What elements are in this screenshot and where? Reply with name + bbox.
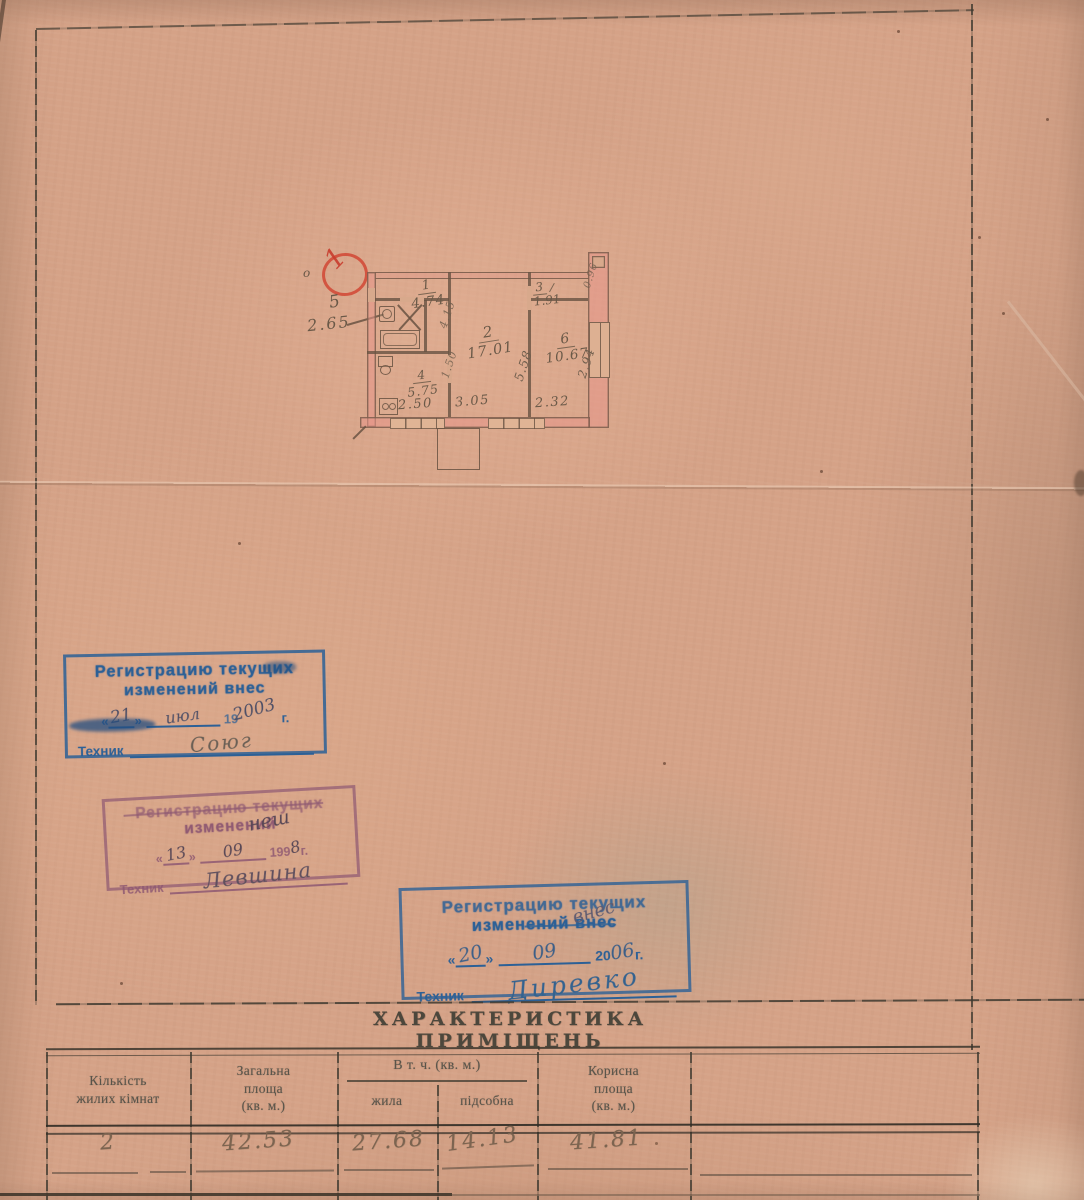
right-edge-blotch [1074, 470, 1084, 496]
row-underline [442, 1164, 534, 1169]
group-underline [347, 1080, 527, 1082]
ceiling-height-label: 2.65 [306, 312, 351, 335]
dim-wall-lower: 1.50 [439, 349, 460, 380]
header-living: жила [337, 1092, 437, 1110]
hand-year: 2003 [231, 695, 278, 726]
header-including-group: В т. ч. (кв. м.) [337, 1057, 537, 1075]
burner [389, 403, 396, 410]
ink-dot [655, 1142, 658, 1145]
stamp-text-line2: изменений внес [77, 679, 313, 702]
hand-month: 09 [530, 939, 558, 965]
header-line: (кв. м.) [539, 1097, 688, 1115]
diagonal-corner-crease [1007, 301, 1084, 437]
row-underline [548, 1168, 688, 1170]
date-day-slot: 13 [162, 843, 189, 865]
bathtub-inner [383, 333, 417, 346]
dim-bottom-2: 3.05 [454, 393, 490, 411]
registration-stamp-2: Регистрацию текущих изменений неш « 13 »… [102, 785, 361, 891]
header-line: (кв. м.) [192, 1097, 335, 1115]
registration-stamp-3: Регистрацию текущих изменений внес внес … [398, 880, 691, 1000]
signature-slot: Диревко [471, 966, 676, 1003]
room-area: 1.91 [533, 292, 561, 309]
scanned-technical-passport-page: { "floor_plan": { "red_mark": "1", "mark… [0, 0, 1084, 1200]
mark-left-letter: о [303, 266, 310, 280]
paper-speck [1046, 118, 1049, 121]
header-total-area: Загальна площа (кв. м.) [192, 1062, 335, 1115]
room-label-4: 4 5.75 [398, 363, 446, 400]
stove [379, 398, 398, 415]
technician-signature: Союг [189, 728, 254, 758]
balcony-outline [437, 428, 480, 470]
header-auxiliary: підсобна [437, 1092, 537, 1110]
header-line: Загальна [192, 1062, 335, 1080]
value-useful-area: 41.81 [569, 1125, 644, 1155]
technician-label: Техник [78, 743, 124, 759]
room-label-2: 2 17.01 [463, 320, 516, 362]
door-gap-left [368, 288, 375, 302]
technician-signature: Диревко [506, 962, 641, 1006]
header-line: площа [192, 1080, 335, 1098]
technician-label: Техник [119, 880, 164, 897]
page-border-left [35, 30, 37, 1005]
bottom-edge-line-faint [452, 1194, 980, 1196]
window-bottom-2 [488, 418, 545, 429]
hand-day: 20 [456, 941, 484, 967]
stamp-technician-row: Техник Диревко [416, 966, 677, 1004]
burner [382, 403, 389, 410]
table-top-double-line [46, 1046, 980, 1056]
year-prefix: 20 [595, 947, 611, 963]
bathtub [380, 330, 420, 349]
value-living-area: 27.68 [351, 1126, 426, 1156]
paper-speck [897, 30, 900, 33]
row-underline [52, 1172, 138, 1174]
stamp-technician-row: Техник Союг [78, 729, 314, 760]
hand-year: 06 [609, 939, 637, 965]
quote-close: » [485, 950, 493, 966]
date-day-slot: 20 [455, 943, 486, 968]
header-line: Корисна [539, 1062, 688, 1080]
year-suffix: г. [281, 710, 289, 725]
technician-signature: Левшина [203, 858, 314, 894]
partition-corridor [367, 351, 449, 354]
hand-month: 09 [221, 839, 244, 861]
date-month-slot: июл [146, 706, 220, 728]
sink [379, 306, 395, 322]
value-rooms-count: 2 [99, 1129, 117, 1155]
dim-bottom-3: 2.32 [535, 394, 571, 411]
header-useful-area: Корисна площа (кв. м.) [539, 1062, 688, 1115]
paper-speck [238, 542, 241, 545]
row-underline [196, 1170, 334, 1173]
paper-speck [978, 236, 981, 239]
sink-basin [382, 309, 392, 319]
row-underline [700, 1174, 972, 1176]
fraction-slash [549, 283, 555, 292]
page-border-top [36, 9, 974, 30]
red-circle-mark: 1 [319, 250, 371, 299]
year-prefix: 199 [269, 845, 291, 860]
hand-day: 13 [164, 842, 188, 865]
toilet-bowl [380, 365, 391, 375]
top-left-edge-mark [0, 0, 6, 44]
row-underline [150, 1171, 186, 1173]
page-border-right [971, 4, 973, 1050]
date-month-slot: 09 [498, 940, 591, 967]
header-line: жилих кімнат [48, 1090, 188, 1108]
hand-month: июл [164, 704, 201, 728]
red-mark-number: 1 [318, 242, 352, 276]
ink-smudge [69, 718, 155, 733]
room-area: 17.01 [465, 339, 515, 363]
dim-bottom-1: 2.50 [398, 396, 434, 413]
bottom-edge-line-bold [0, 1193, 452, 1196]
floor-plan: 1 о 5 2.65 1 4.74 2 17.01 3 [295, 240, 640, 485]
header-rooms-count: Кількість жилих кімнат [48, 1072, 188, 1107]
registration-stamp-1: Регистрацию текущих изменений внес « 21 … [63, 649, 327, 758]
header-line: площа [539, 1080, 688, 1098]
signature-slot: Союг [129, 729, 314, 759]
row-underline [344, 1169, 434, 1171]
date-month-slot: 09 [199, 839, 266, 864]
quote-close: » [188, 850, 196, 864]
room-label-3: 3 1.91 [532, 275, 587, 308]
paper-speck [663, 762, 666, 765]
room-number: 2 [477, 324, 499, 344]
value-total-area: 42.53 [221, 1126, 296, 1156]
paper-speck [1002, 312, 1005, 315]
paper-speck [820, 470, 823, 473]
header-line: Кількість [48, 1072, 188, 1090]
section-title: ХАРАКТЕРИСТИКА ПРИМІЩЕНЬ [310, 1008, 710, 1052]
paper-speck [120, 982, 123, 985]
